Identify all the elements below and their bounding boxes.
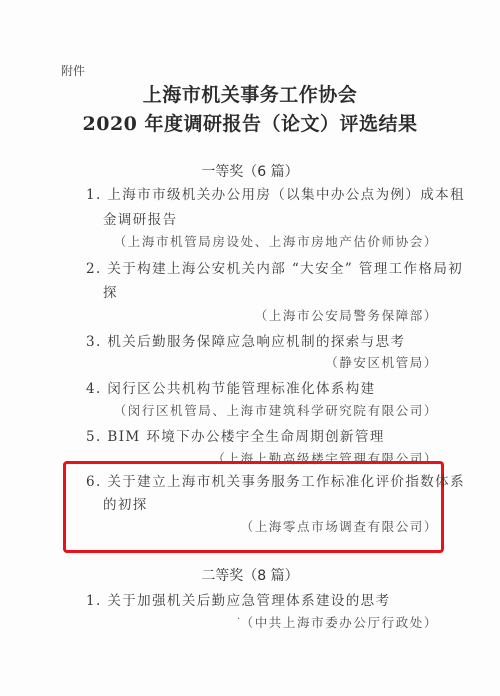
first-prize-item-1-org: （上海市机管局房设处、上海市房地产估价师协会） (114, 232, 438, 250)
attachment-label: 附件 (61, 62, 85, 79)
first-prize-item-2-line1: 2. 关于构建上海公安机关内部 “大安全” 管理工作格局初 (86, 257, 463, 277)
first-prize-item-6-line1: 6. 关于建立上海市机关事务服务工作标准化评价指数体系 (86, 470, 465, 490)
first-prize-item-3-org: （静安区机管局） (325, 353, 438, 371)
first-prize-item-2-org: （上海市公安局警务保障部） (255, 306, 438, 324)
document-page: 附件 上海市机关事务工作协会 2020 年度调研报告（论文）评选结果 一等奖（6… (0, 0, 500, 696)
first-prize-item-4-line1: 4. 闵行区公共机构节能管理标准化体系构建 (86, 377, 376, 397)
second-prize-item-1-org: （中共上海市委办公厅行政处） (241, 613, 438, 631)
section-heading-second-prize: 二等奖（8 篇） (0, 565, 500, 585)
first-prize-item-1-line1: 1. 上海市市级机关办公用房（以集中办公点为例）成本租 (86, 183, 465, 203)
first-prize-item-3-line1: 3. 机关后勤服务保障应急响应机制的探索与思考 (86, 330, 405, 350)
second-prize-item-1-line1: 1. 关于加强机关后勤应急管理体系建设的思考 (86, 589, 390, 609)
first-prize-item-5-line1: 5. BIM 环境下办公楼宇全生命周期创新管理 (86, 425, 385, 445)
first-prize-item-6-org: （上海零点市场调查有限公司） (241, 517, 438, 535)
first-prize-item-6-line2: 的初探 (103, 493, 148, 513)
first-prize-item-1-line2: 金调研报告 (103, 208, 178, 228)
section-heading-first-prize: 一等奖（6 篇） (0, 161, 500, 181)
document-title-line1: 上海市机关事务工作协会 (0, 80, 500, 107)
first-prize-item-2-line2: 探 (103, 281, 118, 301)
first-prize-item-4-org: （闵行区机管局、上海市建筑科学研究院有限公司） (114, 401, 438, 419)
document-title-line2: 2020 年度调研报告（论文）评选结果 (0, 109, 500, 136)
